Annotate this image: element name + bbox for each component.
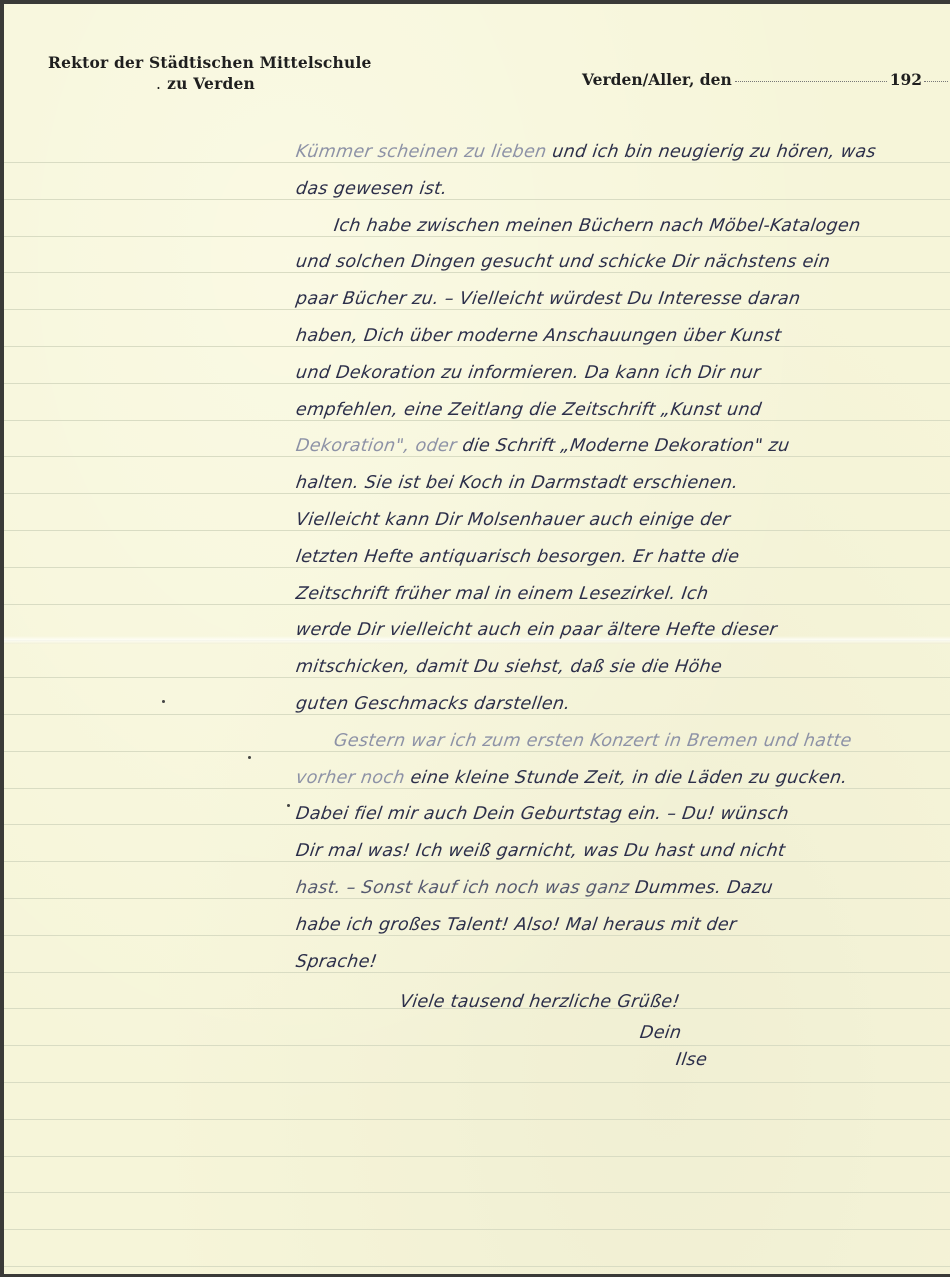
handwritten-line: Gestern war ich zum ersten Konzert in Br… <box>333 731 853 751</box>
handwritten-line: Dabei fiel mir auch Dein Geburtstag ein.… <box>295 804 791 824</box>
handwritten-segment: paar Bücher zu. – Vielleicht würdest Du … <box>295 289 802 309</box>
handwritten-line: empfehlen, eine Zeitlang die Zeitschrift… <box>295 400 763 420</box>
handwritten-line: Dir mal was! Ich weiß garnicht, was Du h… <box>295 841 787 861</box>
handwritten-line: halten. Sie ist bei Koch in Darmstadt er… <box>295 473 740 493</box>
handwritten-segment: Dabei fiel mir auch Dein Geburtstag ein.… <box>295 804 791 824</box>
handwritten-line: und solchen Dingen gesucht und schicke D… <box>295 252 832 272</box>
handwritten-segment: und solchen Dingen gesucht und schicke D… <box>295 252 832 272</box>
paper-speck <box>162 700 165 703</box>
letter-closing: Viele tausend herzliche Grüße! <box>399 992 682 1012</box>
handwritten-line: vorher noch eine kleine Stunde Zeit, in … <box>295 768 849 788</box>
handwritten-body: Kümmer scheinen zu lieben und ich bin ne… <box>4 4 950 1274</box>
handwritten-segment: und ich bin neugierig zu hören, was <box>545 142 877 162</box>
letter-page: Rektor der Städtischen Mittelschule .zu … <box>4 4 950 1274</box>
handwritten-line: Sprache! <box>295 952 379 972</box>
handwritten-segment: Vielleicht kann Dir Molsenhauer auch ein… <box>295 510 732 530</box>
paper-speck <box>248 756 251 759</box>
handwritten-segment: Gestern war ich zum ersten Konzert in Br… <box>333 731 853 751</box>
handwritten-line: guten Geschmacks darstellen. <box>295 694 572 714</box>
handwritten-line: und Dekoration zu informieren. Da kann i… <box>295 363 762 383</box>
handwritten-segment: guten Geschmacks darstellen. <box>295 694 572 714</box>
handwritten-line: werde Dir vielleicht auch ein paar älter… <box>295 620 779 640</box>
handwritten-segment: eine kleine Stunde Zeit, in die Läden zu… <box>403 768 848 788</box>
handwritten-segment: Dir mal was! Ich weiß garnicht, was Du h… <box>295 841 787 861</box>
handwritten-line: haben, Dich über moderne Anschauungen üb… <box>295 326 783 346</box>
handwritten-line: habe ich großes Talent! Also! Mal heraus… <box>295 915 738 935</box>
handwritten-segment: haben, Dich über moderne Anschauungen üb… <box>295 326 783 346</box>
handwritten-segment: die Schrift „Moderne Dekoration" zu <box>455 436 791 456</box>
handwritten-segment: halten. Sie ist bei Koch in Darmstadt er… <box>295 473 740 493</box>
handwritten-segment: Zeitschrift früher mal in einem Lesezirk… <box>295 584 710 604</box>
handwritten-segment: Dekoration", oder <box>295 436 458 456</box>
handwritten-line: Vielleicht kann Dir Molsenhauer auch ein… <box>295 510 732 530</box>
handwritten-line: hast. – Sonst kauf ich noch was ganz Dum… <box>295 878 775 898</box>
handwritten-segment: Kümmer scheinen zu lieben <box>295 142 548 162</box>
handwritten-segment: Sprache! <box>295 952 379 972</box>
handwritten-line: Zeitschrift früher mal in einem Lesezirk… <box>295 584 710 604</box>
letter-signature: Ilse <box>675 1050 709 1070</box>
handwritten-segment: mitschicken, damit Du siehst, daß sie di… <box>295 657 724 677</box>
handwritten-segment: vorher noch <box>295 768 406 788</box>
handwritten-segment: letzten Hefte antiquarisch besorgen. Er … <box>295 547 741 567</box>
handwritten-segment: empfehlen, eine Zeitlang die Zeitschrift… <box>295 400 763 420</box>
handwritten-segment: Ich habe zwischen meinen Büchern nach Mö… <box>333 216 862 236</box>
paper-speck <box>287 804 290 807</box>
handwritten-line: Ich habe zwischen meinen Büchern nach Mö… <box>333 216 862 236</box>
handwritten-line: Kümmer scheinen zu lieben und ich bin ne… <box>295 142 878 162</box>
handwritten-segment: hast. – Sonst kauf ich noch was ganz <box>295 878 631 898</box>
handwritten-line: Dekoration", oder die Schrift „Moderne D… <box>295 436 791 456</box>
handwritten-segment: und Dekoration zu informieren. Da kann i… <box>295 363 762 383</box>
handwritten-segment: habe ich großes Talent! Also! Mal heraus… <box>295 915 738 935</box>
handwritten-segment: das gewesen ist. <box>295 179 449 199</box>
handwritten-line: mitschicken, damit Du siehst, daß sie di… <box>295 657 724 677</box>
letter-signoff: Dein <box>639 1023 683 1043</box>
handwritten-line: letzten Hefte antiquarisch besorgen. Er … <box>295 547 741 567</box>
handwritten-line: paar Bücher zu. – Vielleicht würdest Du … <box>295 289 802 309</box>
handwritten-segment: Dummes. Dazu <box>628 878 774 898</box>
handwritten-segment: werde Dir vielleicht auch ein paar älter… <box>295 620 779 640</box>
handwritten-line: das gewesen ist. <box>295 179 449 199</box>
